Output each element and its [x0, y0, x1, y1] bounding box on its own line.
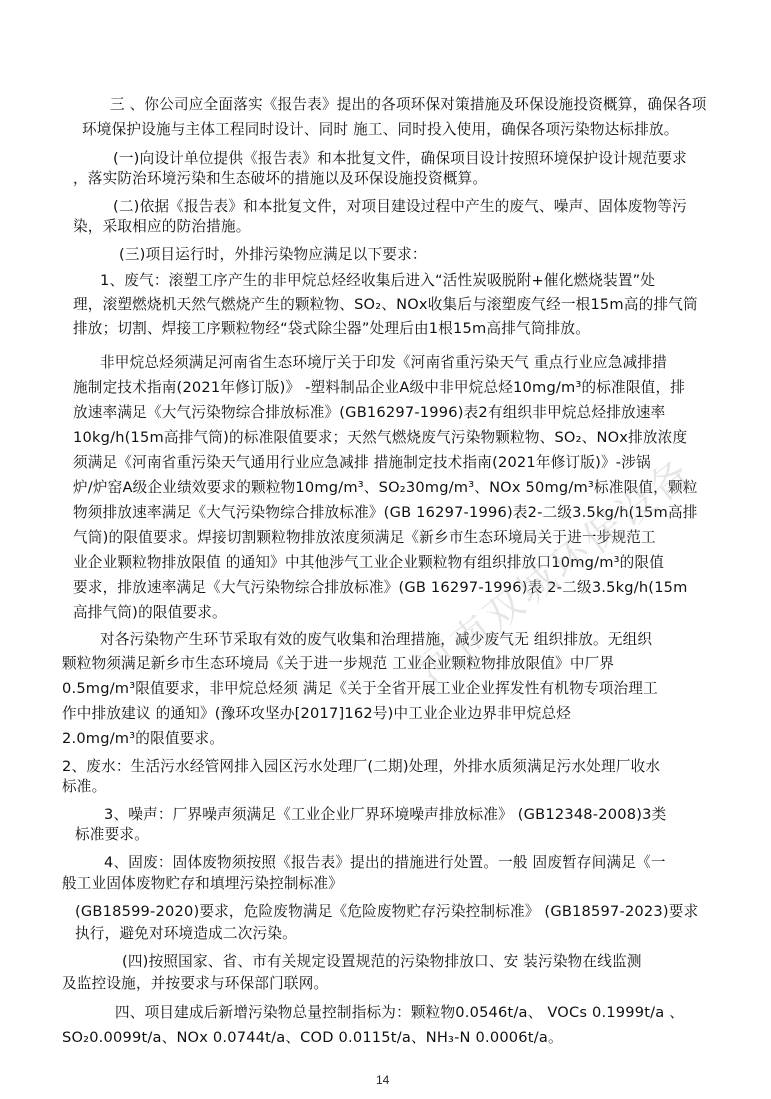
text-line: 高排气筒)的限值要求。 — [73, 604, 227, 622]
text-line: 物须排放速率满足《大气污染物综合排放标准》(GB 16297-1996)表2-二… — [73, 504, 698, 522]
text-line: 标准要求。 — [75, 826, 149, 844]
text-line: 气筒)的限值要求。焊接切割颗粒物排放浓度须满足《新乡市生态环境局关于进一步规范工 — [73, 529, 656, 547]
text-line: 业企业颗粒物排放限值 的通知》中其他涉气工业企业颗粒物有组织排放口10mg/m³… — [73, 554, 664, 572]
text-line: 四、项目建成后新增污染物总量控制指标为：颗粒物0.0546t/a、 VOCs 0… — [115, 1004, 684, 1022]
text-line: ，落实防治环境污染和生态破坏的措施以及环保设施投资概算。 — [73, 170, 487, 188]
text-line: 染，采取相应的防治措施。 — [73, 218, 251, 236]
text-line: (三)项目运行时，外排污染物应满足以下要求： — [119, 246, 427, 264]
text-line: 非甲烷总烃须满足河南省生态环境厅关于印发《河南省重污染天气 重点行业应急减排措 — [100, 354, 667, 372]
text-line: 3、噪声：厂界噪声须满足《工业企业厂界环境噪声排放标准》 (GB12348-20… — [104, 806, 666, 824]
text-line: 2.0mg/m³的限值要求。 — [62, 730, 224, 748]
text-line: 及监控设施，并按要求与环保部门联网。 — [62, 975, 328, 993]
text-line: 环境保护设施与主体工程同时设计、同时 施工、同时投入使用，确保各项污染物达标排放… — [82, 121, 679, 139]
text-line: 对各污染物产生环节采取有效的废气收集和治理措施，减少废气无 组织排放。无组织 — [100, 631, 652, 649]
text-line: (四)按照国家、省、市有关规定设置规范的污染物排放口、安 装污染物在线监测 — [122, 953, 642, 971]
text-line: 10kg/h(15m高排气筒)的标准限值要求；天然气燃烧废气污染物颗粒物、SO₂… — [73, 429, 687, 447]
text-line: 标准。 — [62, 778, 106, 796]
text-line: 施制定技术指南(2021年修订版)》 -塑料制品企业A级中非甲烷总烃10mg/m… — [73, 379, 685, 397]
text-line: 放速率满足《大气污染物综合排放标准》(GB16297-1996)表2有组织非甲烷… — [73, 404, 665, 422]
text-line: (一)向设计单位提供《报告表》和本批复文件，确保项目设计按照环境保护设计规范要求 — [113, 150, 687, 168]
page-number: 14 — [376, 1073, 389, 1087]
text-line: 要求，排放速率满足《大气污染物综合排放标准》(GB 16297-1996)表 2… — [73, 579, 688, 597]
text-line: 执行，避免对环境造成二次污染。 — [75, 925, 297, 943]
text-line: (GB18599-2020)要求，危险废物满足《危险废物贮存污染控制标准》 (G… — [75, 903, 698, 921]
text-line: (二)依据《报告表》和本批复文件，对项目建设过程中产生的废气、噪声、固体废物等污 — [113, 198, 687, 216]
text-line: 2、废水：生活污水经管网排入园区污水处理厂(二期)处理，外排水质须满足污水处理厂… — [62, 758, 660, 776]
document-page: 三 、你公司应全面落实《报告表》提出的各项环保对策措施及环保设施投资概算，确保各… — [0, 0, 771, 1099]
text-line: 般工业固体废物贮存和填埋污染控制标准》 — [62, 875, 343, 893]
text-line: 理，滚塑燃烧机天然气燃烧产生的颗粒物、SO₂、NOx收集后与滚塑废气经一根15m… — [73, 296, 698, 314]
text-line: 三 、你公司应全面落实《报告表》提出的各项环保对策措施及环保设施投资概算，确保各… — [110, 96, 707, 114]
text-line: 0.5mg/m³限值要求，非甲烷总烃须 满足《关于全省开展工业企业挥发性有机物专… — [62, 680, 658, 698]
text-line: 4、固废：固体废物须按照《报告表》提出的措施进行处置。一般 固废暂存间满足《一 — [104, 854, 666, 872]
text-line: 颗粒物须满足新乡市生态环境局《关于进一步规范 工业企业颗粒物排放限值》中厂界 — [62, 655, 614, 673]
text-line: 1、废气：滚塑工序产生的非甲烷总烃经收集后进入“活性炭吸脱附+催化燃烧装置”处 — [100, 272, 655, 290]
text-line: 须满足《河南省重污染天气通用行业应急减排 措施制定技术指南(2021年修订版)》… — [73, 454, 651, 472]
text-line: 排放；切割、焊接工序颗粒物经“袋式除尘器”处理后由1根15m高排气筒排放。 — [73, 320, 590, 338]
text-line: SO₂0.0099t/a、NOx 0.0744t/a、COD 0.0115t/a… — [62, 1029, 563, 1047]
text-line: 作中排放建议 的通知》(豫环攻坚办[2017]162号)中工业企业边界非甲烷总烃 — [62, 705, 571, 723]
text-line: 炉/炉窑A级企业绩效要求的颗粒物10mg/m³、SO₂30mg/m³、NOx 5… — [73, 479, 698, 497]
